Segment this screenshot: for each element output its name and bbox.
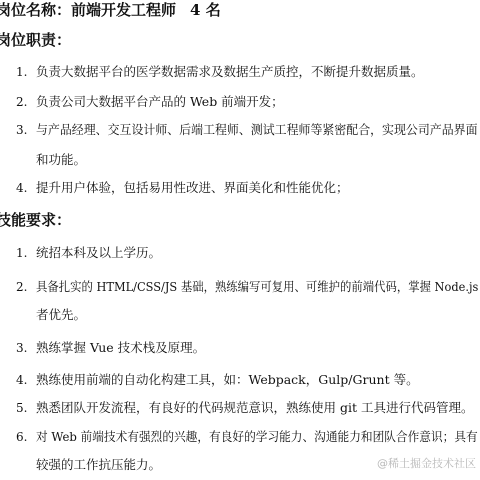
list-text: 熟悉团队开发流程，有良好的代码规范意识，熟练使用 git 工具进行代码管理。 xyxy=(36,398,473,418)
list-number: 1. xyxy=(16,243,27,263)
job-title-position: 前端开发工程师 xyxy=(71,1,176,19)
headcount: 4 名 xyxy=(190,1,221,19)
list-text: 对 Web 前端技术有强烈的兴趣，有良好的学习能力、沟通能力和团队合作意识；具有 xyxy=(36,427,478,447)
watermark: @稀土掘金技术社区 xyxy=(377,455,476,471)
list-text: 与产品经理、交互设计师、后端工程师、测试工程师等紧密配合，实现公司产品界面 xyxy=(36,120,478,140)
list-text: 熟练掌握 Vue 技术栈及原理。 xyxy=(36,338,205,358)
list-number: 4. xyxy=(16,178,27,198)
job-title-label: 岗位名称： xyxy=(0,1,71,19)
duties-heading: 岗位职责： xyxy=(0,30,71,50)
list-number: 5. xyxy=(16,398,27,418)
list-text: 负责大数据平台的医学数据需求及数据生产质控，不断提升数据质量。 xyxy=(36,62,424,82)
list-number: 2. xyxy=(16,277,27,297)
list-number: 4. xyxy=(16,370,27,390)
list-text: 具备扎实的 HTML/CSS/JS 基础，熟练编写可复用、可维护的前端代码，掌握… xyxy=(36,277,478,297)
list-number: 1. xyxy=(16,62,27,82)
list-text: 提升用户体验，包括易用性改进、界面美化和性能优化； xyxy=(36,178,349,198)
list-number: 2. xyxy=(16,92,27,112)
list-number: 3. xyxy=(16,338,27,358)
list-text-continued: 者优先。 xyxy=(36,305,86,325)
list-text: 负责公司大数据平台产品的 Web 前端开发； xyxy=(36,92,284,112)
list-text-continued: 和功能。 xyxy=(36,150,86,170)
list-text: 熟练使用前端的自动化构建工具，如：Webpack，Gulp/Grunt 等。 xyxy=(36,370,419,390)
list-text-continued: 较强的工作抗压能力。 xyxy=(36,455,161,475)
list-number: 6. xyxy=(16,427,27,447)
list-number: 3. xyxy=(16,120,27,140)
skills-heading: 技能要求： xyxy=(0,210,71,230)
list-text: 统招本科及以上学历。 xyxy=(36,243,161,263)
job-title-line: 岗位名称：前端开发工程师4 名 xyxy=(0,0,221,20)
